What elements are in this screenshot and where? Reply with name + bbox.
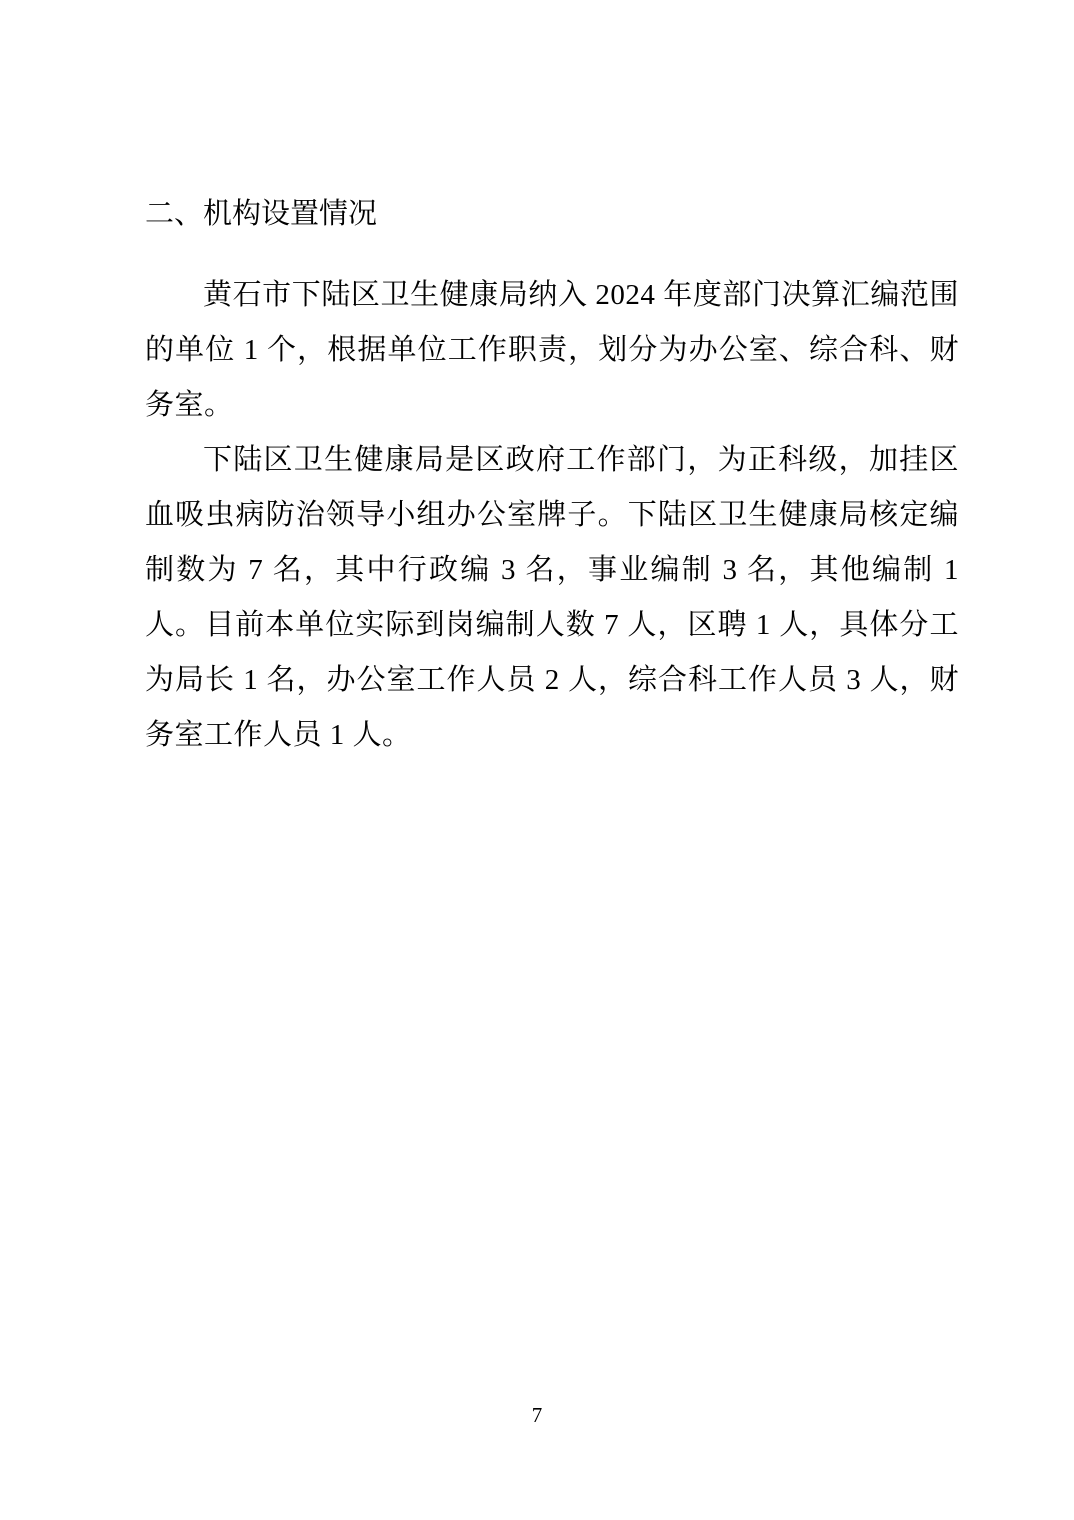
section-heading: 二、机构设置情况 bbox=[145, 187, 959, 242]
page-number: 7 bbox=[0, 1402, 1074, 1428]
document-body: 二、机构设置情况 黄石市下陆区卫生健康局纳入 2024 年度部门决算汇编范围的单… bbox=[145, 187, 959, 763]
paragraph-staffing-structure: 下陆区卫生健康局是区政府工作部门，为正科级，加挂区血吸虫病防治领导小组办公室牌子… bbox=[145, 433, 959, 763]
paragraph-consolidation-scope: 黄石市下陆区卫生健康局纳入 2024 年度部门决算汇编范围的单位 1 个，根据单… bbox=[145, 268, 959, 433]
document-page: 二、机构设置情况 黄石市下陆区卫生健康局纳入 2024 年度部门决算汇编范围的单… bbox=[0, 0, 1074, 1520]
